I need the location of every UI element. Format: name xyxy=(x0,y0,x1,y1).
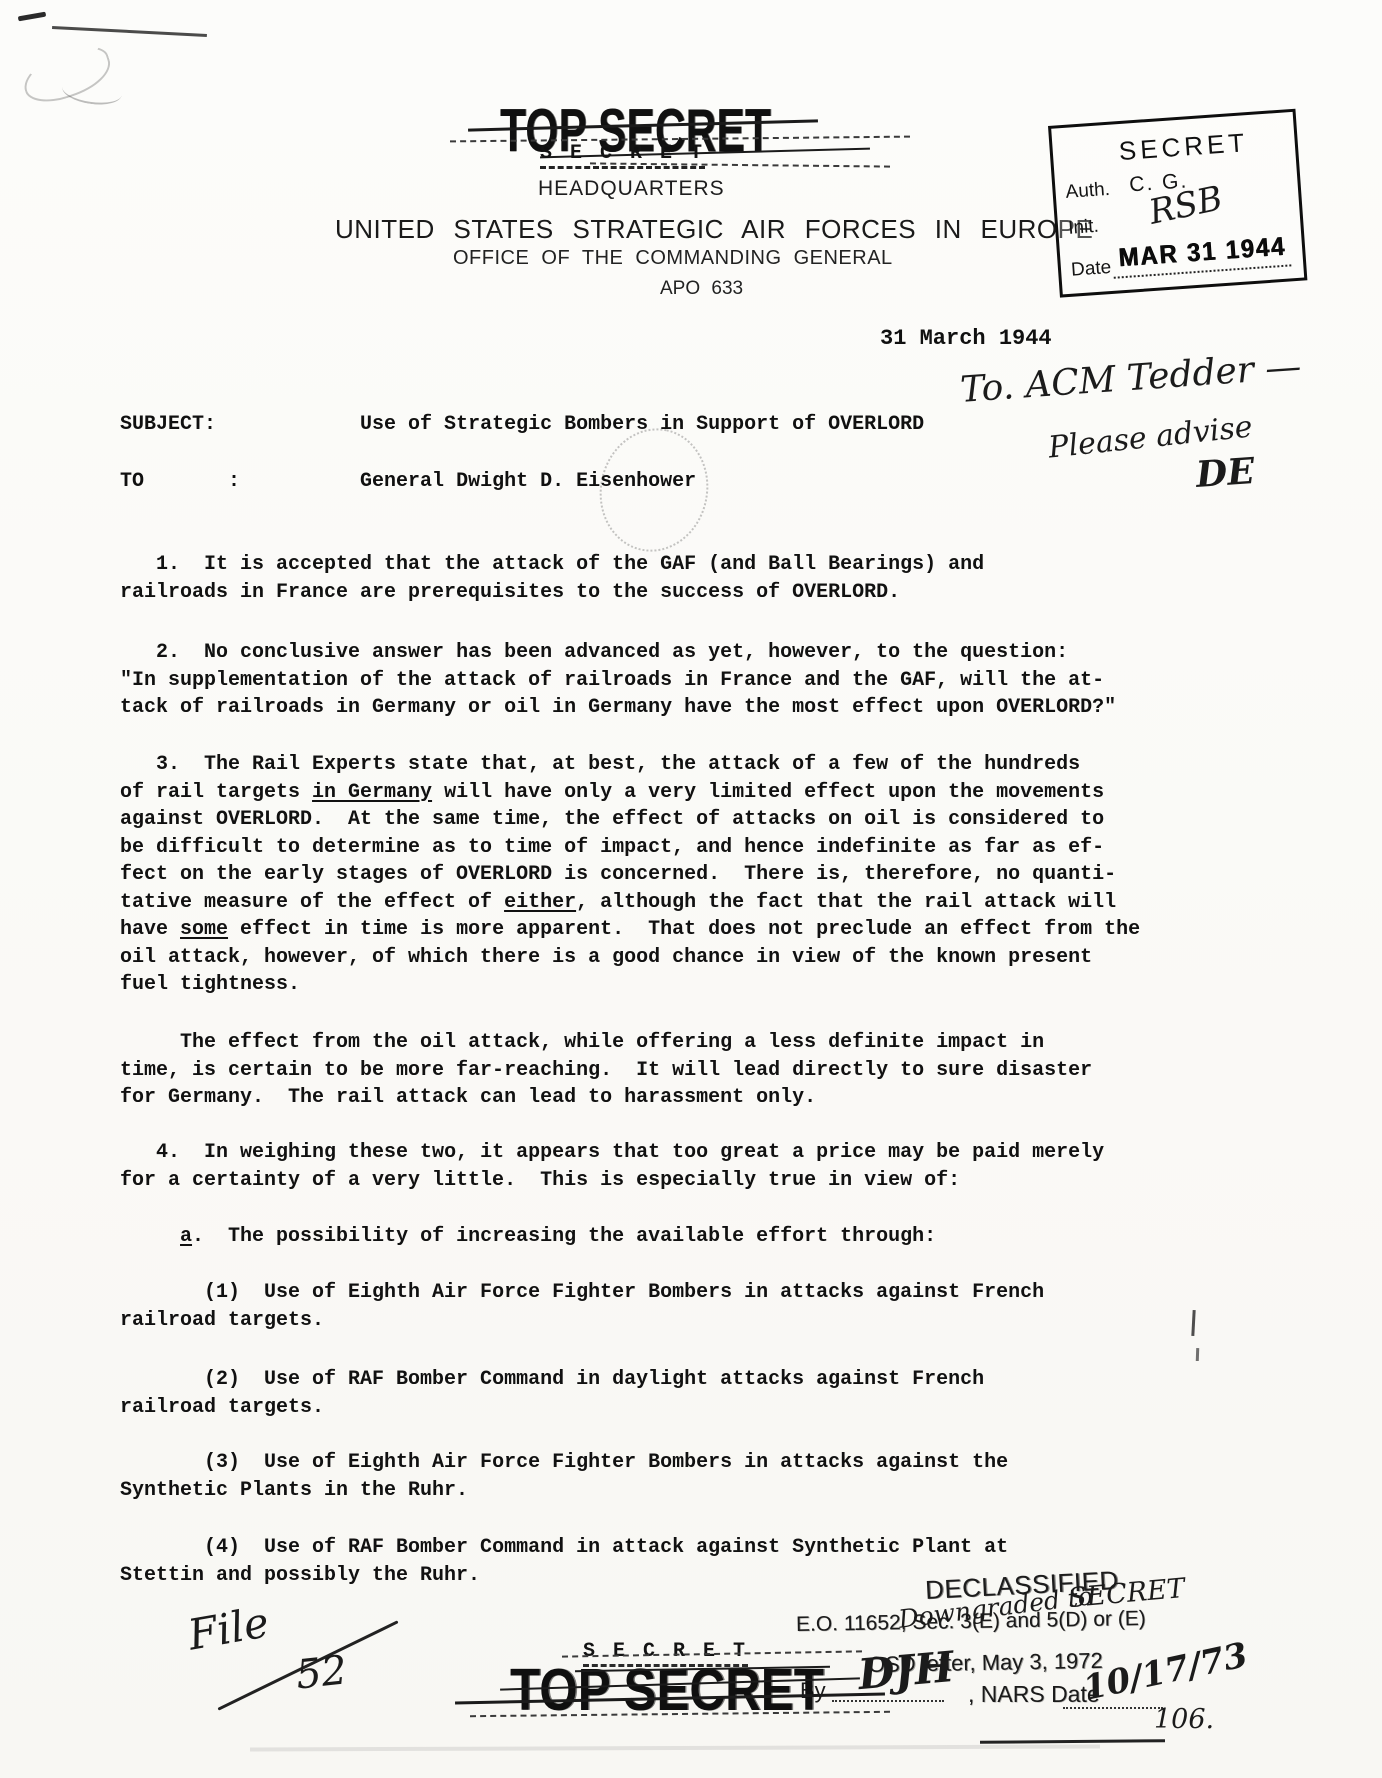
secret-box-title: SECRET xyxy=(1118,127,1249,167)
handwritten-file-number: 52 xyxy=(294,1647,349,1698)
dotted-line xyxy=(1063,1707,1163,1709)
date-label: Date xyxy=(1070,257,1112,282)
margin-mark xyxy=(1196,1348,1199,1361)
eo-citation: E.O. 11652, Sec. 3(E) and 5(D) or (E) xyxy=(796,1607,1146,1637)
handwritten-routing-note: To. ACM Tedder — xyxy=(959,346,1303,411)
paragraph-4: 4. In weighing these two, it appears tha… xyxy=(120,1139,1168,1194)
to-label: TO : xyxy=(120,470,360,493)
paragraph-2: 2. No conclusive answer has been advance… xyxy=(120,639,1168,722)
auth-label: Auth. xyxy=(1065,179,1111,204)
init-label: Init. xyxy=(1067,216,1099,240)
underlined-text: a xyxy=(180,1225,192,1248)
underline-mark xyxy=(980,1739,1165,1744)
nars-date-label: , NARS Date xyxy=(968,1681,1100,1708)
pencil-mark xyxy=(52,26,207,37)
subitem-1: (1) Use of Eighth Air Force Fighter Bomb… xyxy=(120,1279,1168,1334)
subitem-3: (3) Use of Eighth Air Force Fighter Bomb… xyxy=(120,1449,1168,1504)
letterhead-apo: APO 633 xyxy=(660,278,743,300)
pencil-scribble xyxy=(60,74,123,108)
handwritten-initials: DE xyxy=(1195,450,1256,496)
handwritten-file-note: File xyxy=(184,1597,272,1659)
pencil-scribble xyxy=(17,39,117,110)
paragraph-1: 1. It is accepted that the attack of the… xyxy=(120,551,1168,606)
letterhead-office: OFFICE OF THE COMMANDING GENERAL xyxy=(453,247,893,270)
pencil-mark xyxy=(18,12,46,22)
dotted-line xyxy=(832,1700,944,1702)
faint-circular-stamp xyxy=(588,418,719,562)
handwritten-nars-date: 10/17/73 xyxy=(1080,1635,1251,1709)
underlined-text: some xyxy=(180,918,228,941)
letterhead-headquarters: HEADQUARTERS xyxy=(538,177,725,201)
page-number: 106. xyxy=(1154,1704,1214,1735)
subject-line: SUBJECT: Use of Strategic Bombers in Sup… xyxy=(120,411,924,438)
secret-auth-stamp-box: SECRET Auth. C. G. Init. RSB Date MAR 31… xyxy=(1048,109,1307,298)
subject-label: SUBJECT: xyxy=(120,413,360,436)
subparagraph-a: a. The possibility of increasing the ava… xyxy=(120,1223,1168,1251)
smudge-line xyxy=(250,1745,1100,1752)
secret-overstamp: S E C R E T xyxy=(540,142,705,169)
handwritten-by-initials: DJH xyxy=(856,1642,956,1699)
top-secret-stamp: TOP SECRET xyxy=(510,1656,824,1725)
subitem-2: (2) Use of RAF Bomber Command in dayligh… xyxy=(120,1366,1168,1421)
document-page: TOP SECRET S E C R E T HEADQUARTERS UNIT… xyxy=(0,0,1382,1778)
underlined-text: either xyxy=(504,891,576,914)
margin-mark xyxy=(1191,1310,1195,1336)
letterhead-organization: UNITED STATES STRATEGIC AIR FORCES IN EU… xyxy=(335,214,1093,245)
paragraph-3: 3. The Rail Experts state that, at best,… xyxy=(120,751,1168,999)
date-line: 31 March 1944 xyxy=(880,326,1052,351)
underlined-text: in Germany xyxy=(312,781,432,804)
paragraph-3-continued: The effect from the oil attack, while of… xyxy=(120,1029,1168,1112)
